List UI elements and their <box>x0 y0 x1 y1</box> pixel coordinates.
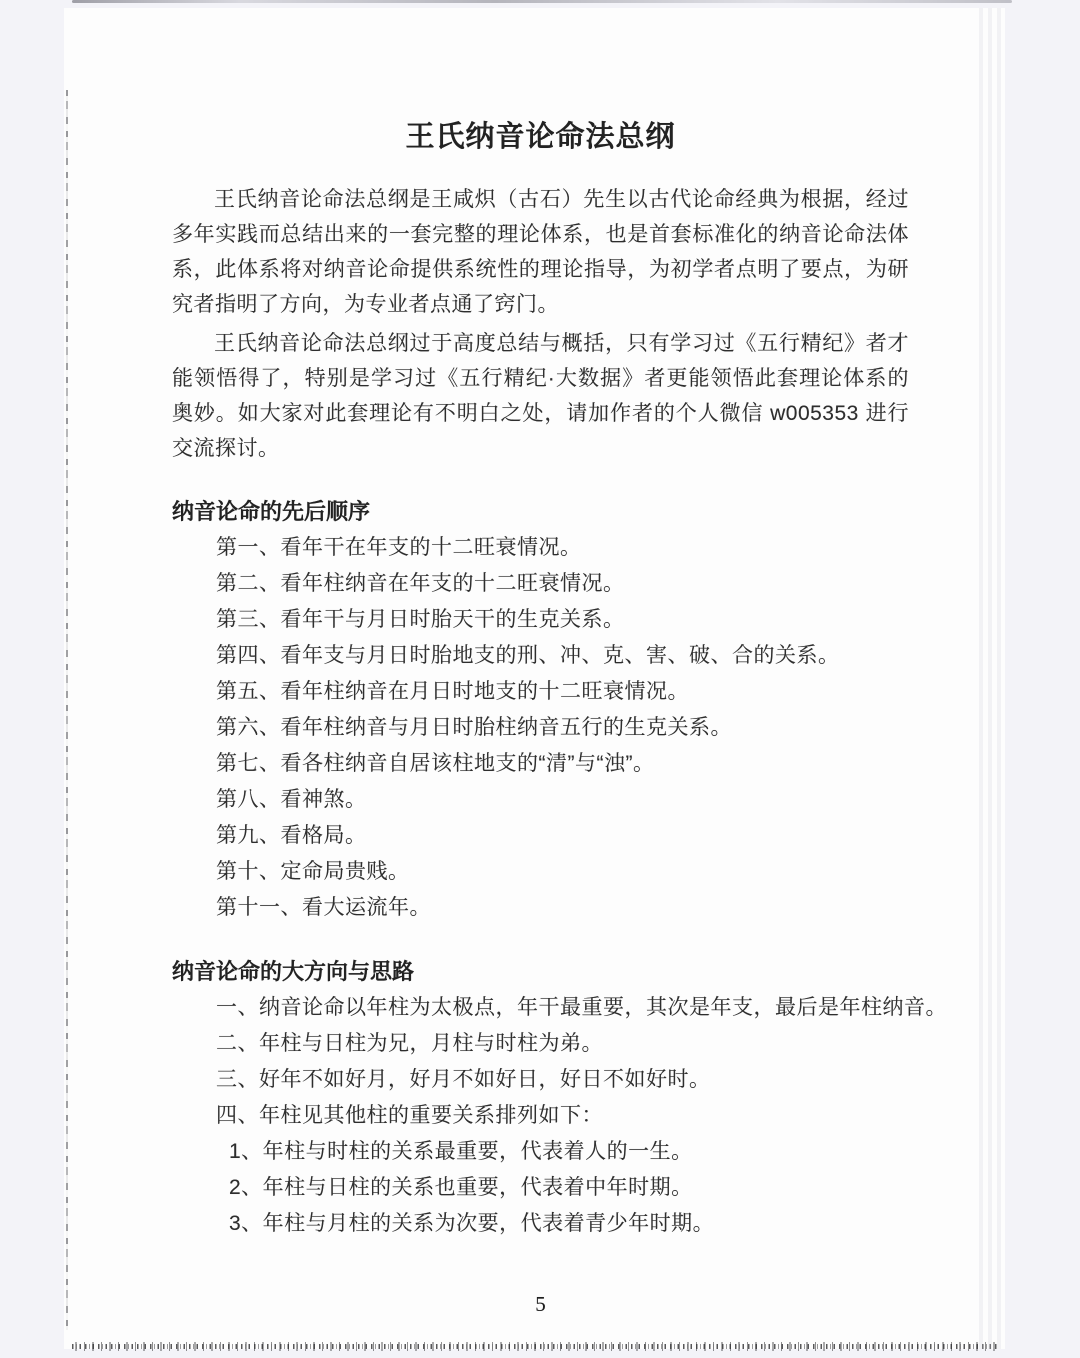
direction-item-4: 四、年柱见其他柱的重要关系排列如下： <box>172 1098 909 1134</box>
page-left-binding-edge <box>66 90 68 1330</box>
list-item-4: 第四、看年支与月日时胎地支的刑、冲、克、害、破、合的关系。 <box>172 638 909 674</box>
scanned-page-background: 王氏纳音论命法总纲 王氏纳音论命法总纲是王咸炽（古石）先生以古代论命经典为根据，… <box>0 0 1080 1358</box>
direction-item-3: 三、好年不如好月，好月不如好日，好日不如好时。 <box>172 1062 909 1098</box>
book-pages-bottom-edge-texture <box>72 1342 997 1351</box>
direction-subitem-3: 3、年柱与月柱的关系为次要，代表着青少年时期。 <box>172 1206 909 1242</box>
document-page: 王氏纳音论命法总纲 王氏纳音论命法总纲是王咸炽（古石）先生以古代论命经典为根据，… <box>64 8 1005 1349</box>
direction-list: 一、纳音论命以年柱为太极点，年干最重要，其次是年支，最后是年柱纳音。 二、年柱与… <box>172 990 909 1242</box>
intro-paragraph-1: 王氏纳音论命法总纲是王咸炽（古石）先生以古代论命经典为根据，经过多年实践而总结出… <box>172 182 909 322</box>
page-content: 王氏纳音论命法总纲 王氏纳音论命法总纲是王咸炽（古石）先生以古代论命经典为根据，… <box>172 8 909 1317</box>
sequence-list: 第一、看年干在年支的十二旺衰情况。 第二、看年柱纳音在年支的十二旺衰情况。 第三… <box>172 530 909 926</box>
list-item-2: 第二、看年柱纳音在年支的十二旺衰情况。 <box>172 566 909 602</box>
list-item-10: 第十、定命局贵贱。 <box>172 854 909 890</box>
scan-top-edge-artifact <box>72 0 1012 3</box>
direction-item-2: 二、年柱与日柱为兄，月柱与时柱为弟。 <box>172 1026 909 1062</box>
section-heading-sequence: 纳音论命的先后顺序 <box>172 494 909 530</box>
list-item-6: 第六、看年柱纳音与月日时胎柱纳音五行的生克关系。 <box>172 710 909 746</box>
intro-paragraph-2: 王氏纳音论命法总纲过于高度总结与概括，只有学习过《五行精纪》者才能领悟得了，特别… <box>172 326 909 466</box>
list-item-1: 第一、看年干在年支的十二旺衰情况。 <box>172 530 909 566</box>
list-item-7: 第七、看各柱纳音自居该柱地支的“清”与“浊”。 <box>172 746 909 782</box>
list-item-8: 第八、看神煞。 <box>172 782 909 818</box>
page-title: 王氏纳音论命法总纲 <box>172 118 909 156</box>
section-heading-direction: 纳音论命的大方向与思路 <box>172 954 909 990</box>
page-number: 5 <box>172 1292 909 1317</box>
list-item-5: 第五、看年柱纳音在月日时地支的十二旺衰情况。 <box>172 674 909 710</box>
list-item-9: 第九、看格局。 <box>172 818 909 854</box>
direction-item-1: 一、纳音论命以年柱为太极点，年干最重要，其次是年支，最后是年柱纳音。 <box>172 990 909 1026</box>
direction-subitem-1: 1、年柱与时柱的关系最重要，代表着人的一生。 <box>172 1134 909 1170</box>
list-item-11: 第十一、看大运流年。 <box>172 890 909 926</box>
list-item-3: 第三、看年干与月日时胎天干的生克关系。 <box>172 602 909 638</box>
direction-subitem-2: 2、年柱与日柱的关系也重要，代表着中年时期。 <box>172 1170 909 1206</box>
